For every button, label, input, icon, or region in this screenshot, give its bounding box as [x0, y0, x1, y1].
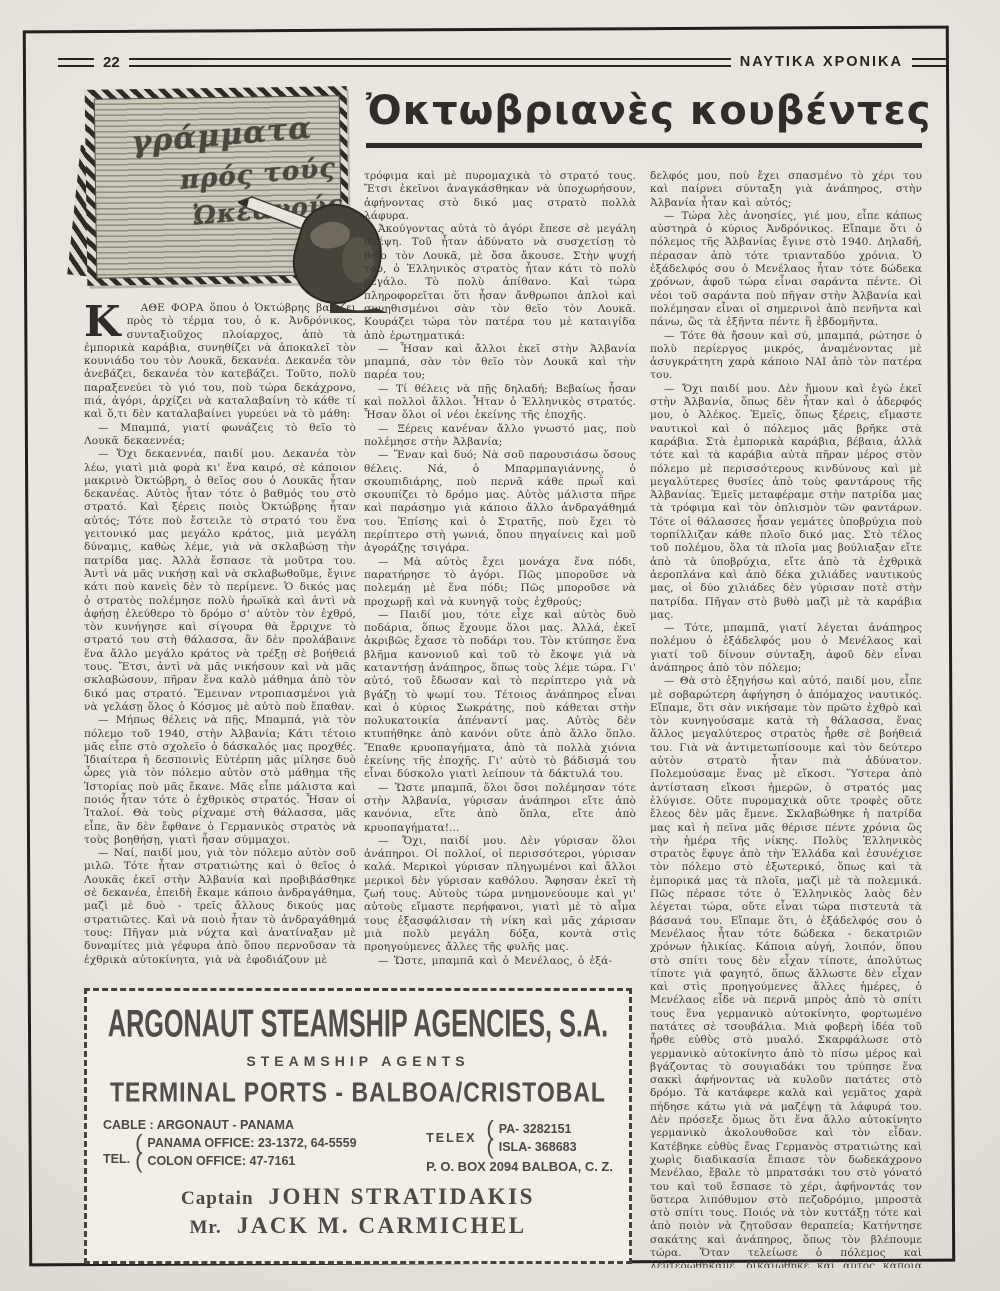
telex-label: TELEX [426, 1131, 476, 1145]
article-column-3: δελφός μου, ποὺ ἔχει σπασμένο τὸ χέρι το… [650, 170, 922, 1268]
paragraph: — Ἕναν καὶ δυό; Νὰ σοῦ παρουσιάσω ὅσους … [364, 449, 636, 555]
paragraph: — Μπαμπά, γιατί φωνάζεις τὸ θεῖο τὸ Λουκ… [84, 422, 356, 449]
tel-line: ( PANAMA OFFICE: 23-1372, 64-5559 [135, 1134, 356, 1152]
paragraph: — Ναί, παιδί μου, γιὰ τὸν πόλεμο αὐτὸν σ… [84, 847, 356, 967]
ad-terminal-ports: TERMINAL PORTS - BALBOA/CRISTOBAL [87, 1076, 629, 1108]
cable-label: CABLE : [103, 1118, 154, 1132]
paragraph: — Ὄχι δεκαεννέα, παιδί μου. Δεκανέα τὸν … [84, 448, 356, 714]
ad-contact-block: CABLE : ARGONAUT - PANAMA TEL. ( PANAMA … [87, 1106, 629, 1174]
ad-company-name: ARGONAUT STEAMSHIP AGENCIES, S.A. [95, 990, 621, 1056]
ad-tel-block: TEL. ( PANAMA OFFICE: 23-1372, 64-5559 (… [103, 1134, 357, 1170]
paragraph: — Μὰ αὐτὸς ἔχει μονάχα ἕνα πόδι, παρατήρ… [364, 556, 636, 609]
telex-pa: PA- 3282151 [499, 1120, 572, 1138]
page-header: 22 ΝΑΥΤΙΚΑ ΧΡΟΝΙΚΑ [58, 54, 946, 70]
person-name: JACK M. CARMICHEL [237, 1213, 527, 1238]
article-column-1: Κ ΑΘΕ ΦΟΡΑ ὅπου ὁ Ὀκτώβρης βαδίζει πρὸς … [84, 302, 356, 982]
cable-value: ARGONAUT - PANAMA [157, 1118, 294, 1132]
ad-person-captain: Captain JOHN STRATIDAKIS [87, 1184, 629, 1213]
paragraph: — Ὥστε, μπαμπᾶ καὶ ὁ Μενέλαος, ὁ ἐξά- [364, 955, 636, 968]
paragraph: τρόφιμα καὶ μὲ πυρομαχικὰ τὸ στρατό τους… [364, 170, 636, 223]
handwriting-line: γράμματα [130, 110, 313, 160]
paragraph: — Τότε, μπαμπᾶ, γιατί λέγεται ἀνάπηρος π… [650, 622, 922, 675]
article-title: Ὀκτωβριανὲς κουβέντες [366, 88, 922, 148]
dropcap-letter: Κ [84, 302, 127, 340]
ad-person-mr: Mr. JACK M. CARMICHEL [87, 1213, 629, 1242]
argonaut-advertisement: ARGONAUT STEAMSHIP AGENCIES, S.A. STEAMS… [84, 988, 632, 1264]
telex-line: ( ISLA- 368683 [486, 1138, 576, 1156]
paragraph: — Ὄχι παιδί μου. Δὲν ἤμουν καὶ ἐγὼ ἐκεῖ … [650, 383, 922, 622]
header-rule-left [58, 58, 94, 67]
ad-telex-block: TELEX ( PA- 3282151 ( ISLA- 368683 [426, 1120, 613, 1156]
paragraph: — Μήπως θέλεις νὰ πῇς, Μπαμπά, γιὰ τὸν π… [84, 714, 356, 847]
tel-label: TEL. [103, 1152, 130, 1170]
paragraph: — Θὰ στὸ ἐξηγήσω καὶ αὐτό, παιδί μου, εἶ… [650, 675, 922, 1268]
paragraph: — Τί θέλεις νὰ πῇς δηλαδή; Βεβαίως ἦσαν … [364, 383, 636, 423]
telex-line: ( PA- 3282151 [486, 1120, 576, 1138]
paragraph: — Τώρα λὲς ἀνοησίες, γιέ μου, εἶπε κάπως… [650, 210, 922, 330]
telex-isla: ISLA- 368683 [499, 1138, 577, 1156]
ad-po-box: P. O. BOX 2094 BALBOA, C. Z. [426, 1159, 613, 1174]
paragraph: — Ὥστε μπαμπᾶ, ὅλοι ὅσοι πολέμησαν τότε … [364, 782, 636, 835]
paragraph: Ἀκούγοντας αὐτὰ τὸ ἀγόρι ἔπεσε σὲ μεγάλη… [364, 223, 636, 343]
ad-contact-left: CABLE : ARGONAUT - PANAMA TEL. ( PANAMA … [103, 1118, 357, 1170]
tel-line: ( COLON OFFICE: 47-7161 [135, 1152, 356, 1170]
tel-colon: COLON OFFICE: 47-7161 [147, 1152, 295, 1170]
paragraph: — Ἦσαν καὶ ἄλλοι ἐκεῖ στὴν Ἀλβανία μπαμπ… [364, 343, 636, 383]
paragraph: — Τότε θὰ ἤσουν καὶ σύ, μπαμπά, ρώτησε ὁ… [650, 330, 922, 383]
header-rule-center [129, 58, 731, 67]
magazine-page: 22 ΝΑΥΤΙΚΑ ΧΡΟΝΙΚΑ γράμματα πρός τούς Ὠκ… [0, 0, 1000, 1291]
paragraph: δελφός μου, ποὺ ἔχει σπασμένο τὸ χέρι το… [650, 170, 922, 210]
paren-glyph: ( [135, 1152, 142, 1170]
telex-lines: ( PA- 3282151 ( ISLA- 368683 [486, 1120, 576, 1156]
paren-glyph: ( [486, 1138, 493, 1156]
person-title: Mr. [189, 1217, 221, 1238]
person-name: JOHN STRATIDAKIS [269, 1184, 535, 1209]
paragraph: — Ὄχι, παιδί μου. Δὲν γύρισαν ὅλοι ἀνάπη… [364, 835, 636, 955]
ad-contact-right: TELEX ( PA- 3282151 ( ISLA- 368683 P. O.… [426, 1118, 613, 1174]
magazine-masthead: ΝΑΥΤΙΚΑ ΧΡΟΝΙΚΑ [740, 54, 903, 70]
column-1-text: ΑΘΕ ΦΟΡΑ ὅπου ὁ Ὀκτώβρης βαδίζει πρὸς τὸ… [84, 302, 356, 967]
ad-representatives: Captain JOHN STRATIDAKIS Mr. JACK M. CAR… [87, 1184, 629, 1242]
paragraph: — Ξέρεις κανέναν ἄλλο γνωστό μας, ποὺ πο… [364, 423, 636, 450]
letters-to-oceans-illustration: γράμματα πρός τούς Ὠκεανούς [80, 86, 358, 304]
article-column-2: τρόφιμα καὶ μὲ πυρομαχικὰ τὸ στρατό τους… [364, 170, 636, 982]
person-title: Captain [181, 1188, 253, 1209]
paragraph: — Παιδί μου, τότε εἶχε καὶ αὐτὸς δυὸ ποδ… [364, 609, 636, 782]
tel-lines: ( PANAMA OFFICE: 23-1372, 64-5559 ( COLO… [135, 1134, 356, 1170]
header-rule-right [912, 58, 946, 67]
page-number: 22 [103, 54, 120, 71]
tel-panama: PANAMA OFFICE: 23-1372, 64-5559 [147, 1134, 356, 1152]
